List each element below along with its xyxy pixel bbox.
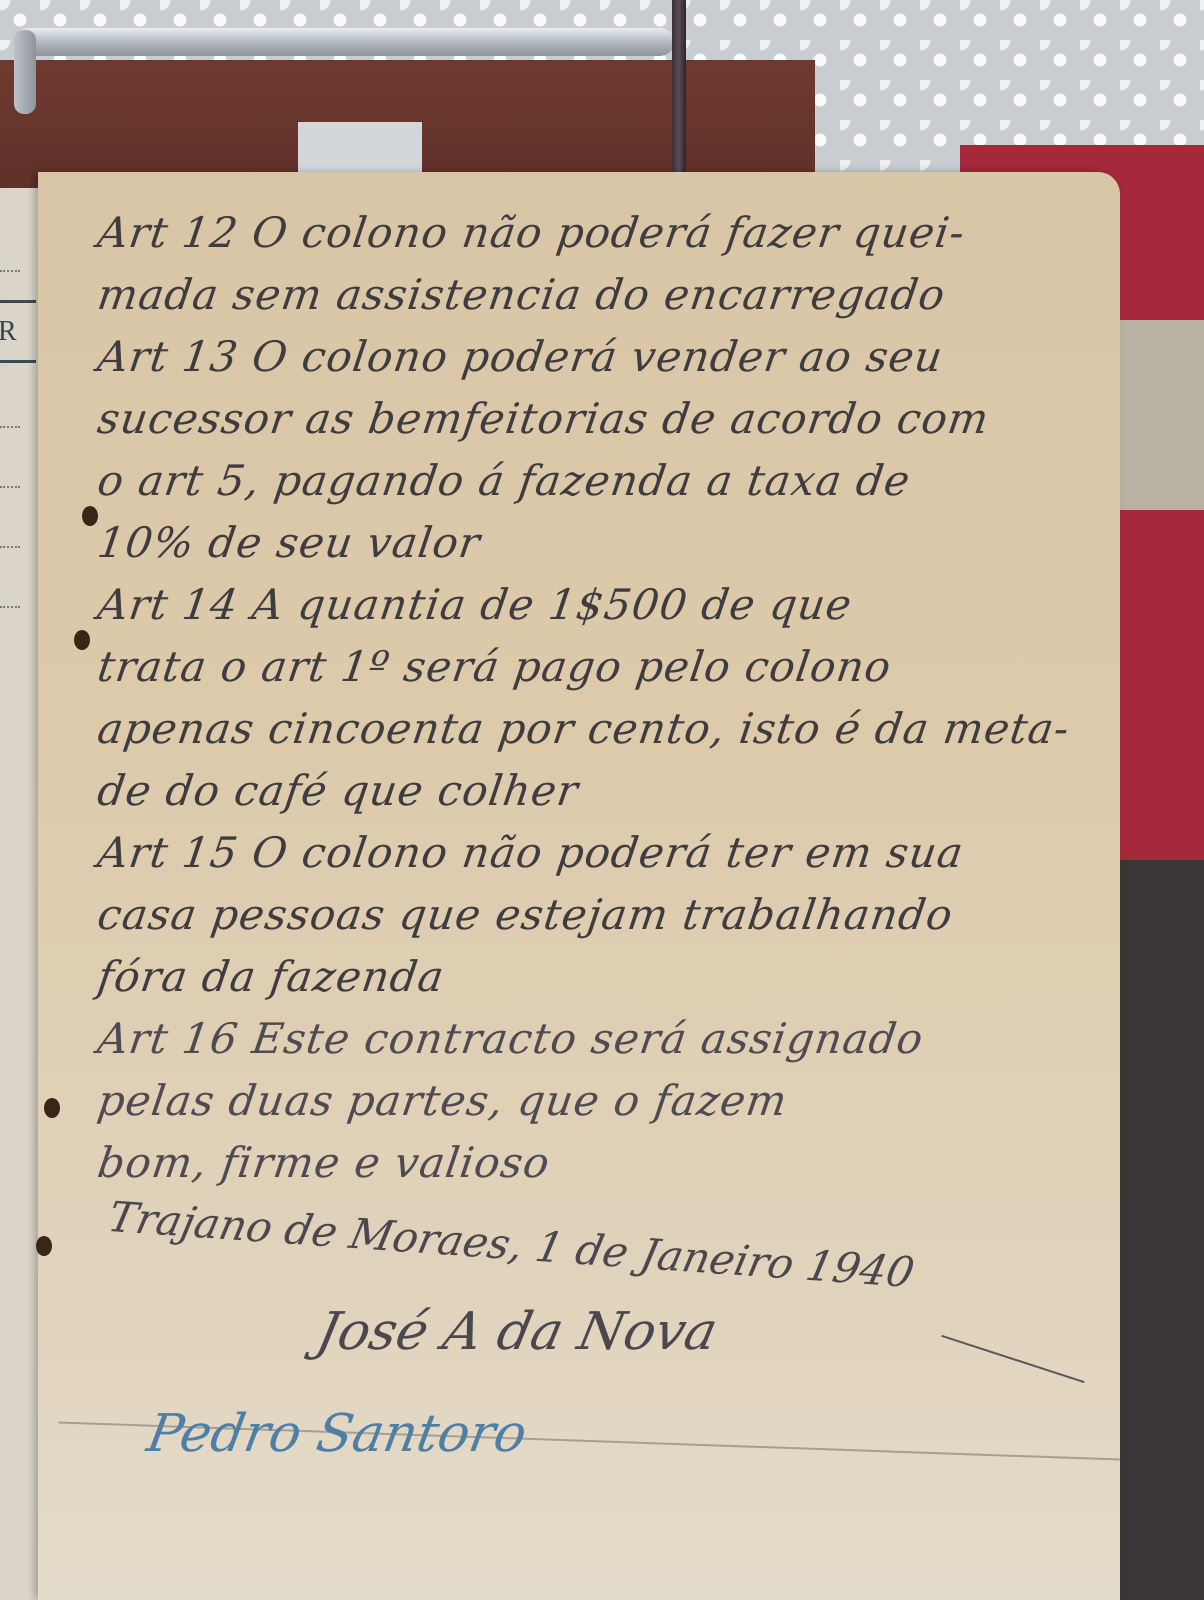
metal-clip-rod xyxy=(672,0,686,180)
text-line: Art 13 O colono poderá vender ao seu xyxy=(94,326,1103,388)
metal-clip-bar xyxy=(14,28,674,56)
dark-background xyxy=(1120,860,1204,1600)
metal-clip-leg xyxy=(14,30,36,114)
printed-rule xyxy=(0,300,36,303)
place-and-date: Trajano de Moraes, 1 de Janeiro 1940 xyxy=(104,1192,919,1297)
text-line: casa pessoas que estejam trabalhando xyxy=(94,884,1103,946)
dotted-line xyxy=(0,270,20,272)
signature-flourish xyxy=(941,1335,1084,1383)
text-line: Art 15 O colono não poderá ter em sua xyxy=(94,822,1103,884)
handwritten-contract-page: Art 12 O colono não poderá fazer quei- m… xyxy=(38,172,1120,1600)
text-line: sucessor as bemfeitorias de acordo com xyxy=(94,388,1103,450)
text-line: pelas duas partes, que o fazem xyxy=(94,1070,1103,1132)
dotted-line xyxy=(0,426,20,428)
text-line: Art 14 A quantia de 1$500 de que xyxy=(94,574,1103,636)
binding-stitch-hole xyxy=(36,1236,52,1256)
dotted-line xyxy=(0,606,20,608)
printed-rule xyxy=(0,360,36,363)
printed-letter: R xyxy=(0,316,17,348)
red-book-label xyxy=(1120,320,1204,510)
text-line: mada sem assistencia do encarregado xyxy=(94,264,1103,326)
contract-text: Art 12 O colono não poderá fazer quei- m… xyxy=(98,202,1098,1194)
dotted-line xyxy=(0,486,20,488)
dotted-line xyxy=(0,546,20,548)
text-line: fóra da fazenda xyxy=(94,946,1103,1008)
text-line: 10% de seu valor xyxy=(94,512,1103,574)
text-line: apenas cincoenta por cento, isto é da me… xyxy=(94,698,1103,760)
signature-jose: José A da Nova xyxy=(312,1302,723,1362)
text-line: trata o art 1º será pago pelo colono xyxy=(94,636,1103,698)
text-line: bom, firme e valioso xyxy=(94,1132,1103,1194)
text-line: Art 12 O colono não poderá fazer quei- xyxy=(94,202,1103,264)
text-line: de do café que colher xyxy=(94,760,1103,822)
binding-stitch-hole xyxy=(74,630,90,650)
text-line: Art 16 Este contracto será assignado xyxy=(94,1008,1103,1070)
signature-pedro: Pedro Santoro xyxy=(143,1404,531,1464)
text-line: o art 5, pagando á fazenda a taxa de xyxy=(94,450,1103,512)
binding-stitch-hole xyxy=(44,1098,60,1118)
